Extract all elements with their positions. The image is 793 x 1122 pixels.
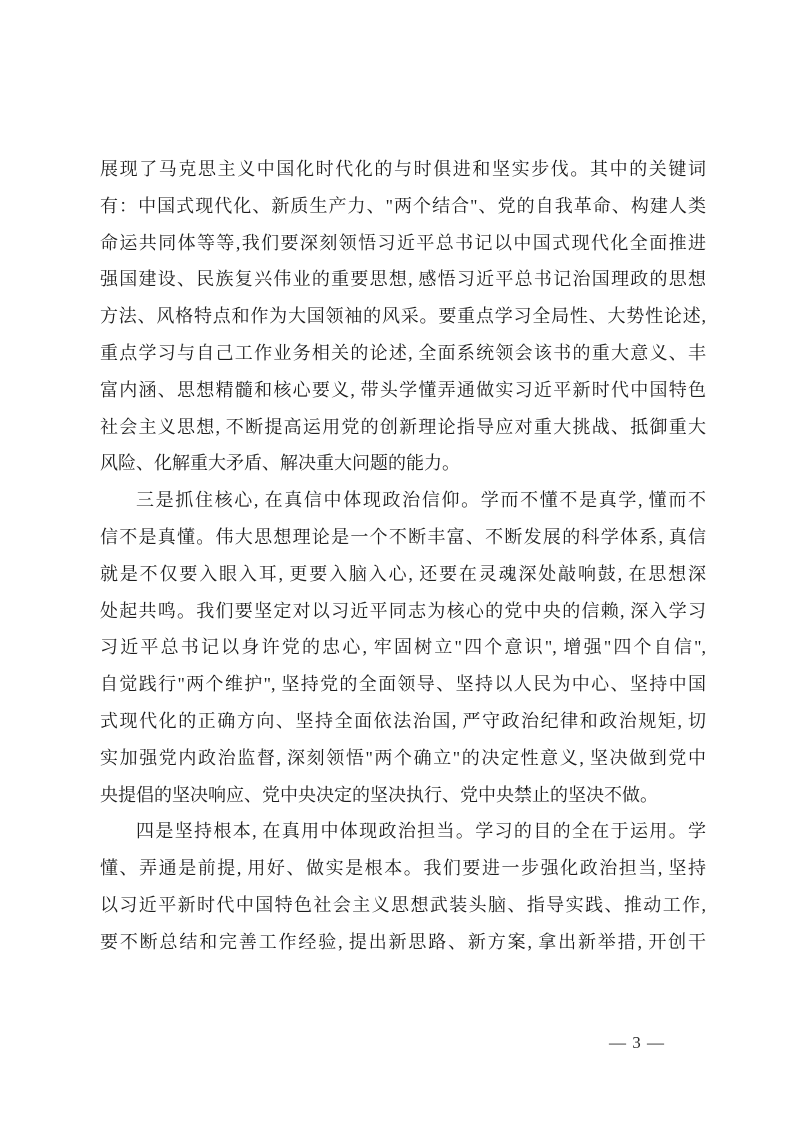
text-line: 懂、弄通是前提, 用好、做实是根本。我们要进一步强化政治担当, 坚持: [100, 850, 706, 887]
text-line: 富内涵、思想精髓和核心要义, 带头学懂弄通做实习近平新时代中国特色: [100, 372, 706, 409]
text-line: 式现代化的正确方向、坚持全面依法治国, 严守政治纪律和政治规矩, 切: [100, 703, 706, 740]
text-line: 要不断总结和完善工作经验, 提出新思路、新方案, 拿出新举措, 开创干: [100, 924, 706, 961]
text-line: 风险、化解重大矛盾、解决重大问题的能力。: [100, 445, 706, 482]
text-line: 有：中国式现代化、新质生产力、"两个结合"、党的自我革命、构建人类: [100, 188, 706, 225]
document-page: 展现了马克思主义中国化时代化的与时俱进和坚实步伐。其中的关键词有：中国式现代化、…: [0, 0, 793, 1122]
text-line: 自觉践行"两个维护", 坚持党的全面领导、坚持以人民为中心、坚持中国: [100, 666, 706, 703]
text-line: 以习近平新时代中国特色社会主义思想武装头脑、指导实践、推动工作,: [100, 887, 706, 924]
text-line: 实加强党内政治监督, 深刻领悟"两个确立"的决定性意义, 坚决做到党中: [100, 740, 706, 777]
page-number: — 3 —: [576, 1031, 698, 1055]
text-line: 三是抓住核心, 在真信中体现政治信仰。学而不懂不是真学, 懂而不: [100, 482, 706, 519]
text-line: 就是不仅要入眼入耳, 更要入脑入心, 还要在灵魂深处敲响鼓, 在思想深: [100, 556, 706, 593]
text-line: 方法、风格特点和作为大国领袖的风采。要重点学习全局性、大势性论述,: [100, 298, 706, 335]
text-line: 命运共同体等等,我们要深刻领悟习近平总书记以中国式现代化全面推进: [100, 225, 706, 262]
text-line: 习近平总书记以身许党的忠心, 牢固树立"四个意识", 增强"四个自信",: [100, 629, 706, 666]
text-line: 信不是真懂。伟大思想理论是一个不断丰富、不断发展的科学体系, 真信: [100, 519, 706, 556]
text-line: 央提倡的坚决响应、党中央决定的坚决执行、党中央禁止的坚决不做。: [100, 777, 706, 814]
document-text-block: 展现了马克思主义中国化时代化的与时俱进和坚实步伐。其中的关键词有：中国式现代化、…: [100, 151, 706, 961]
text-line: 展现了马克思主义中国化时代化的与时俱进和坚实步伐。其中的关键词: [100, 151, 706, 188]
text-line: 处起共鸣。我们要坚定对以习近平同志为核心的党中央的信赖, 深入学习: [100, 593, 706, 630]
text-line: 强国建设、民族复兴伟业的重要思想, 感悟习近平总书记治国理政的思想: [100, 261, 706, 298]
text-line: 四是坚持根本, 在真用中体现政治担当。学习的目的全在于运用。学: [100, 813, 706, 850]
text-line: 重点学习与自己工作业务相关的论述, 全面系统领会该书的重大意义、丰: [100, 335, 706, 372]
text-line: 社会主义思想, 不断提高运用党的创新理论指导应对重大挑战、抵御重大: [100, 409, 706, 446]
